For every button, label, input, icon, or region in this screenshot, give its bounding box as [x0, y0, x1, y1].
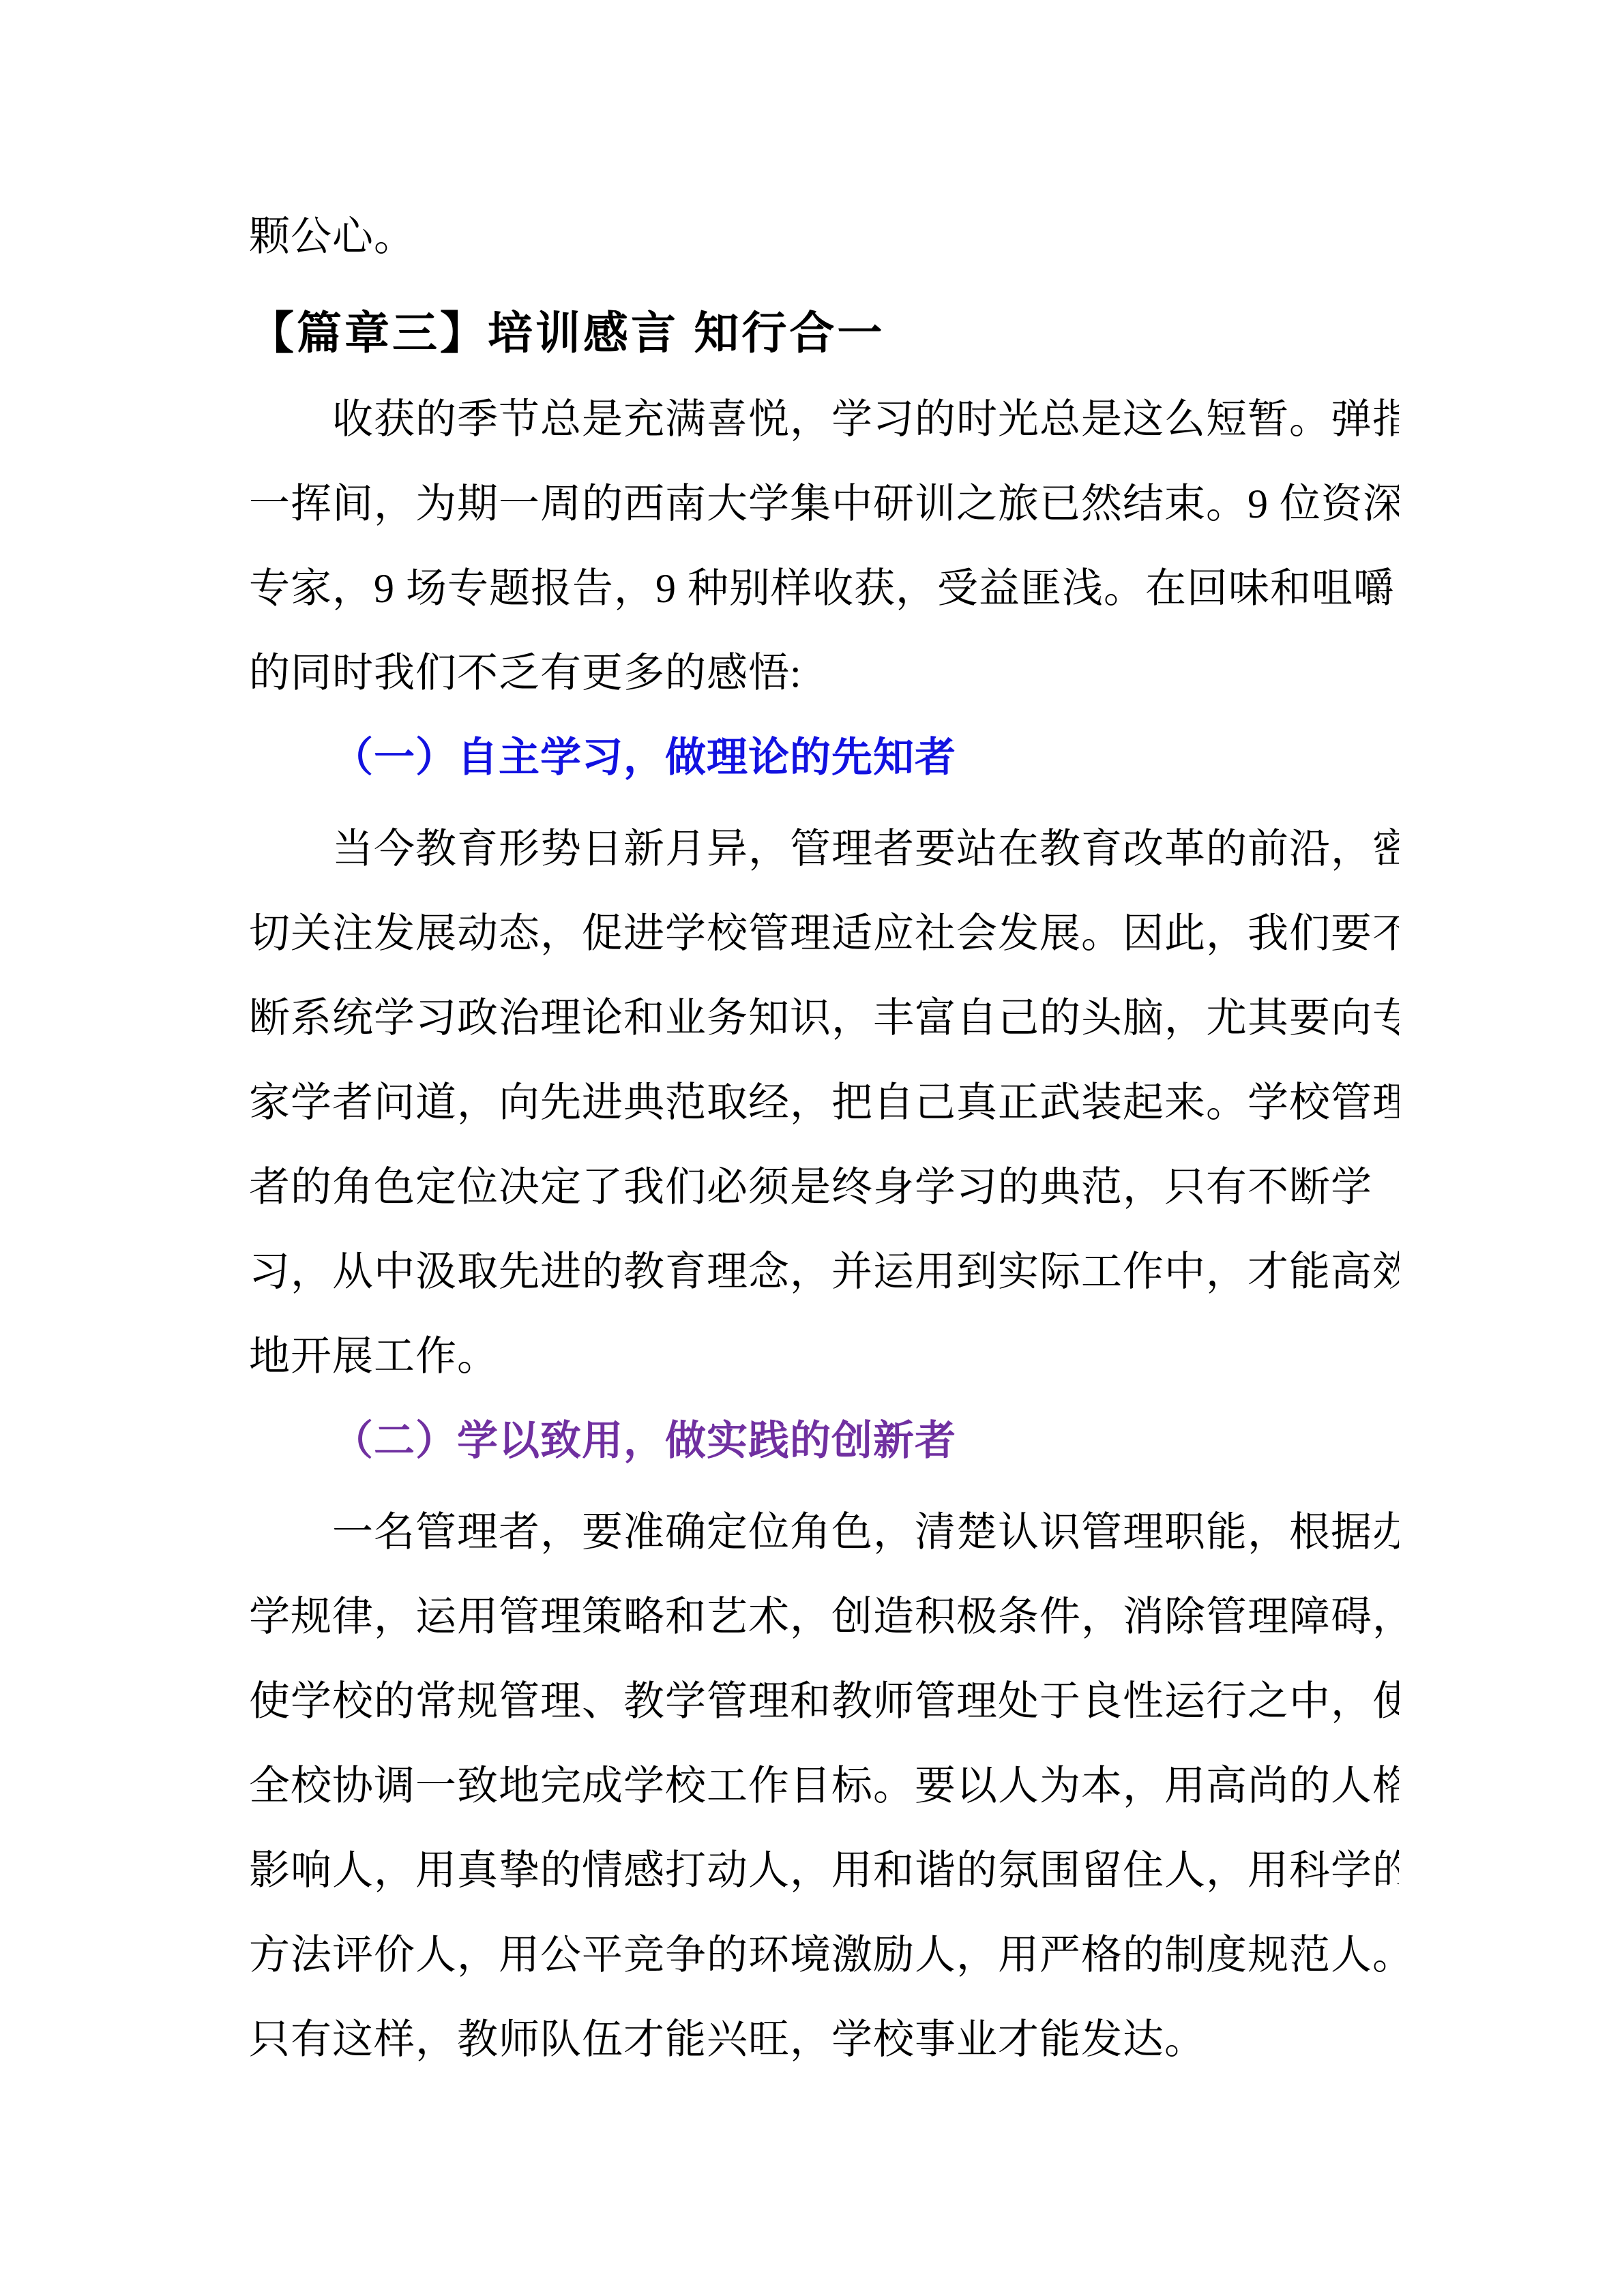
paragraph-line: 地开展工作。 [249, 1314, 1399, 1399]
paragraph-line: 使学校的常规管理、教学管理和教师管理处于良性运行之中，使 [249, 1659, 1399, 1744]
paragraph-line: 全校协调一致地完成学校工作目标。要以人为本，用高尚的人格 [249, 1744, 1399, 1828]
intro-paragraph: 收获的季节总是充满喜悦，学习的时光总是这么短暂。弹指 一挥间，为期一周的西南大学… [249, 377, 1399, 715]
paragraph-line: 只有这样，教师队伍才能兴旺，学校事业才能发达。 [249, 1997, 1399, 2082]
paragraph-line: 一挥间，为期一周的西南大学集中研训之旅已然结束。9 位资深 [249, 462, 1399, 546]
paragraph-line: 一名管理者，要准确定位角色，清楚认识管理职能，根据办 [249, 1490, 1399, 1575]
paragraph-line: 家学者问道，向先进典范取经，把自己真正武装起来。学校管理 [249, 1060, 1399, 1145]
paragraph-line: 方法评价人，用公平竞争的环境激励人，用严格的制度规范人。 [249, 1913, 1399, 1997]
document-page: 颗公心。 【篇章三】培训感言 知行合一 收获的季节总是充满喜悦，学习的时光总是这… [0, 0, 1624, 2296]
paragraph-line: 收获的季节总是充满喜悦，学习的时光总是这么短暂。弹指 [249, 377, 1399, 462]
section-2-heading: （二）学以致用，做实践的创新者 [249, 1399, 1399, 1483]
chapter-heading: 【篇章三】培训感言 知行合一 [249, 288, 1399, 377]
paragraph-line: 切关注发展动态，促进学校管理适应社会发展。因此，我们要不 [249, 891, 1399, 976]
section-1-paragraph: 当今教育形势日新月异，管理者要站在教育改革的前沿，密 切关注发展动态，促进学校管… [249, 807, 1399, 1399]
section-1-heading: （一）自主学习，做理论的先知者 [249, 715, 1399, 800]
paragraph-line: 学规律，运用管理策略和艺术，创造积极条件，消除管理障碍， [249, 1575, 1399, 1659]
paragraph-line: 断系统学习政治理论和业务知识，丰富自己的头脑，尤其要向专 [249, 976, 1399, 1060]
paragraph-line: 影响人，用真挚的情感打动人，用和谐的氛围留住人，用科学的 [249, 1828, 1399, 1913]
paragraph-line: 的同时我们不乏有更多的感悟: [249, 631, 1399, 715]
paragraph-line: 习，从中汲取先进的教育理念，并运用到实际工作中，才能高效 [249, 1229, 1399, 1314]
paragraph-line: 专家，9 场专题报告，9 种别样收获，受益匪浅。在回味和咀嚼 [249, 546, 1399, 631]
paragraph-line: 者的角色定位决定了我们必须是终身学习的典范，只有不断学 [249, 1145, 1399, 1229]
section-2-paragraph: 一名管理者，要准确定位角色，清楚认识管理职能，根据办 学规律，运用管理策略和艺术… [249, 1490, 1399, 2082]
trailing-paragraph-line: 颗公心。 [249, 194, 1399, 279]
paragraph-line: 当今教育形势日新月异，管理者要站在教育改革的前沿，密 [249, 807, 1399, 891]
